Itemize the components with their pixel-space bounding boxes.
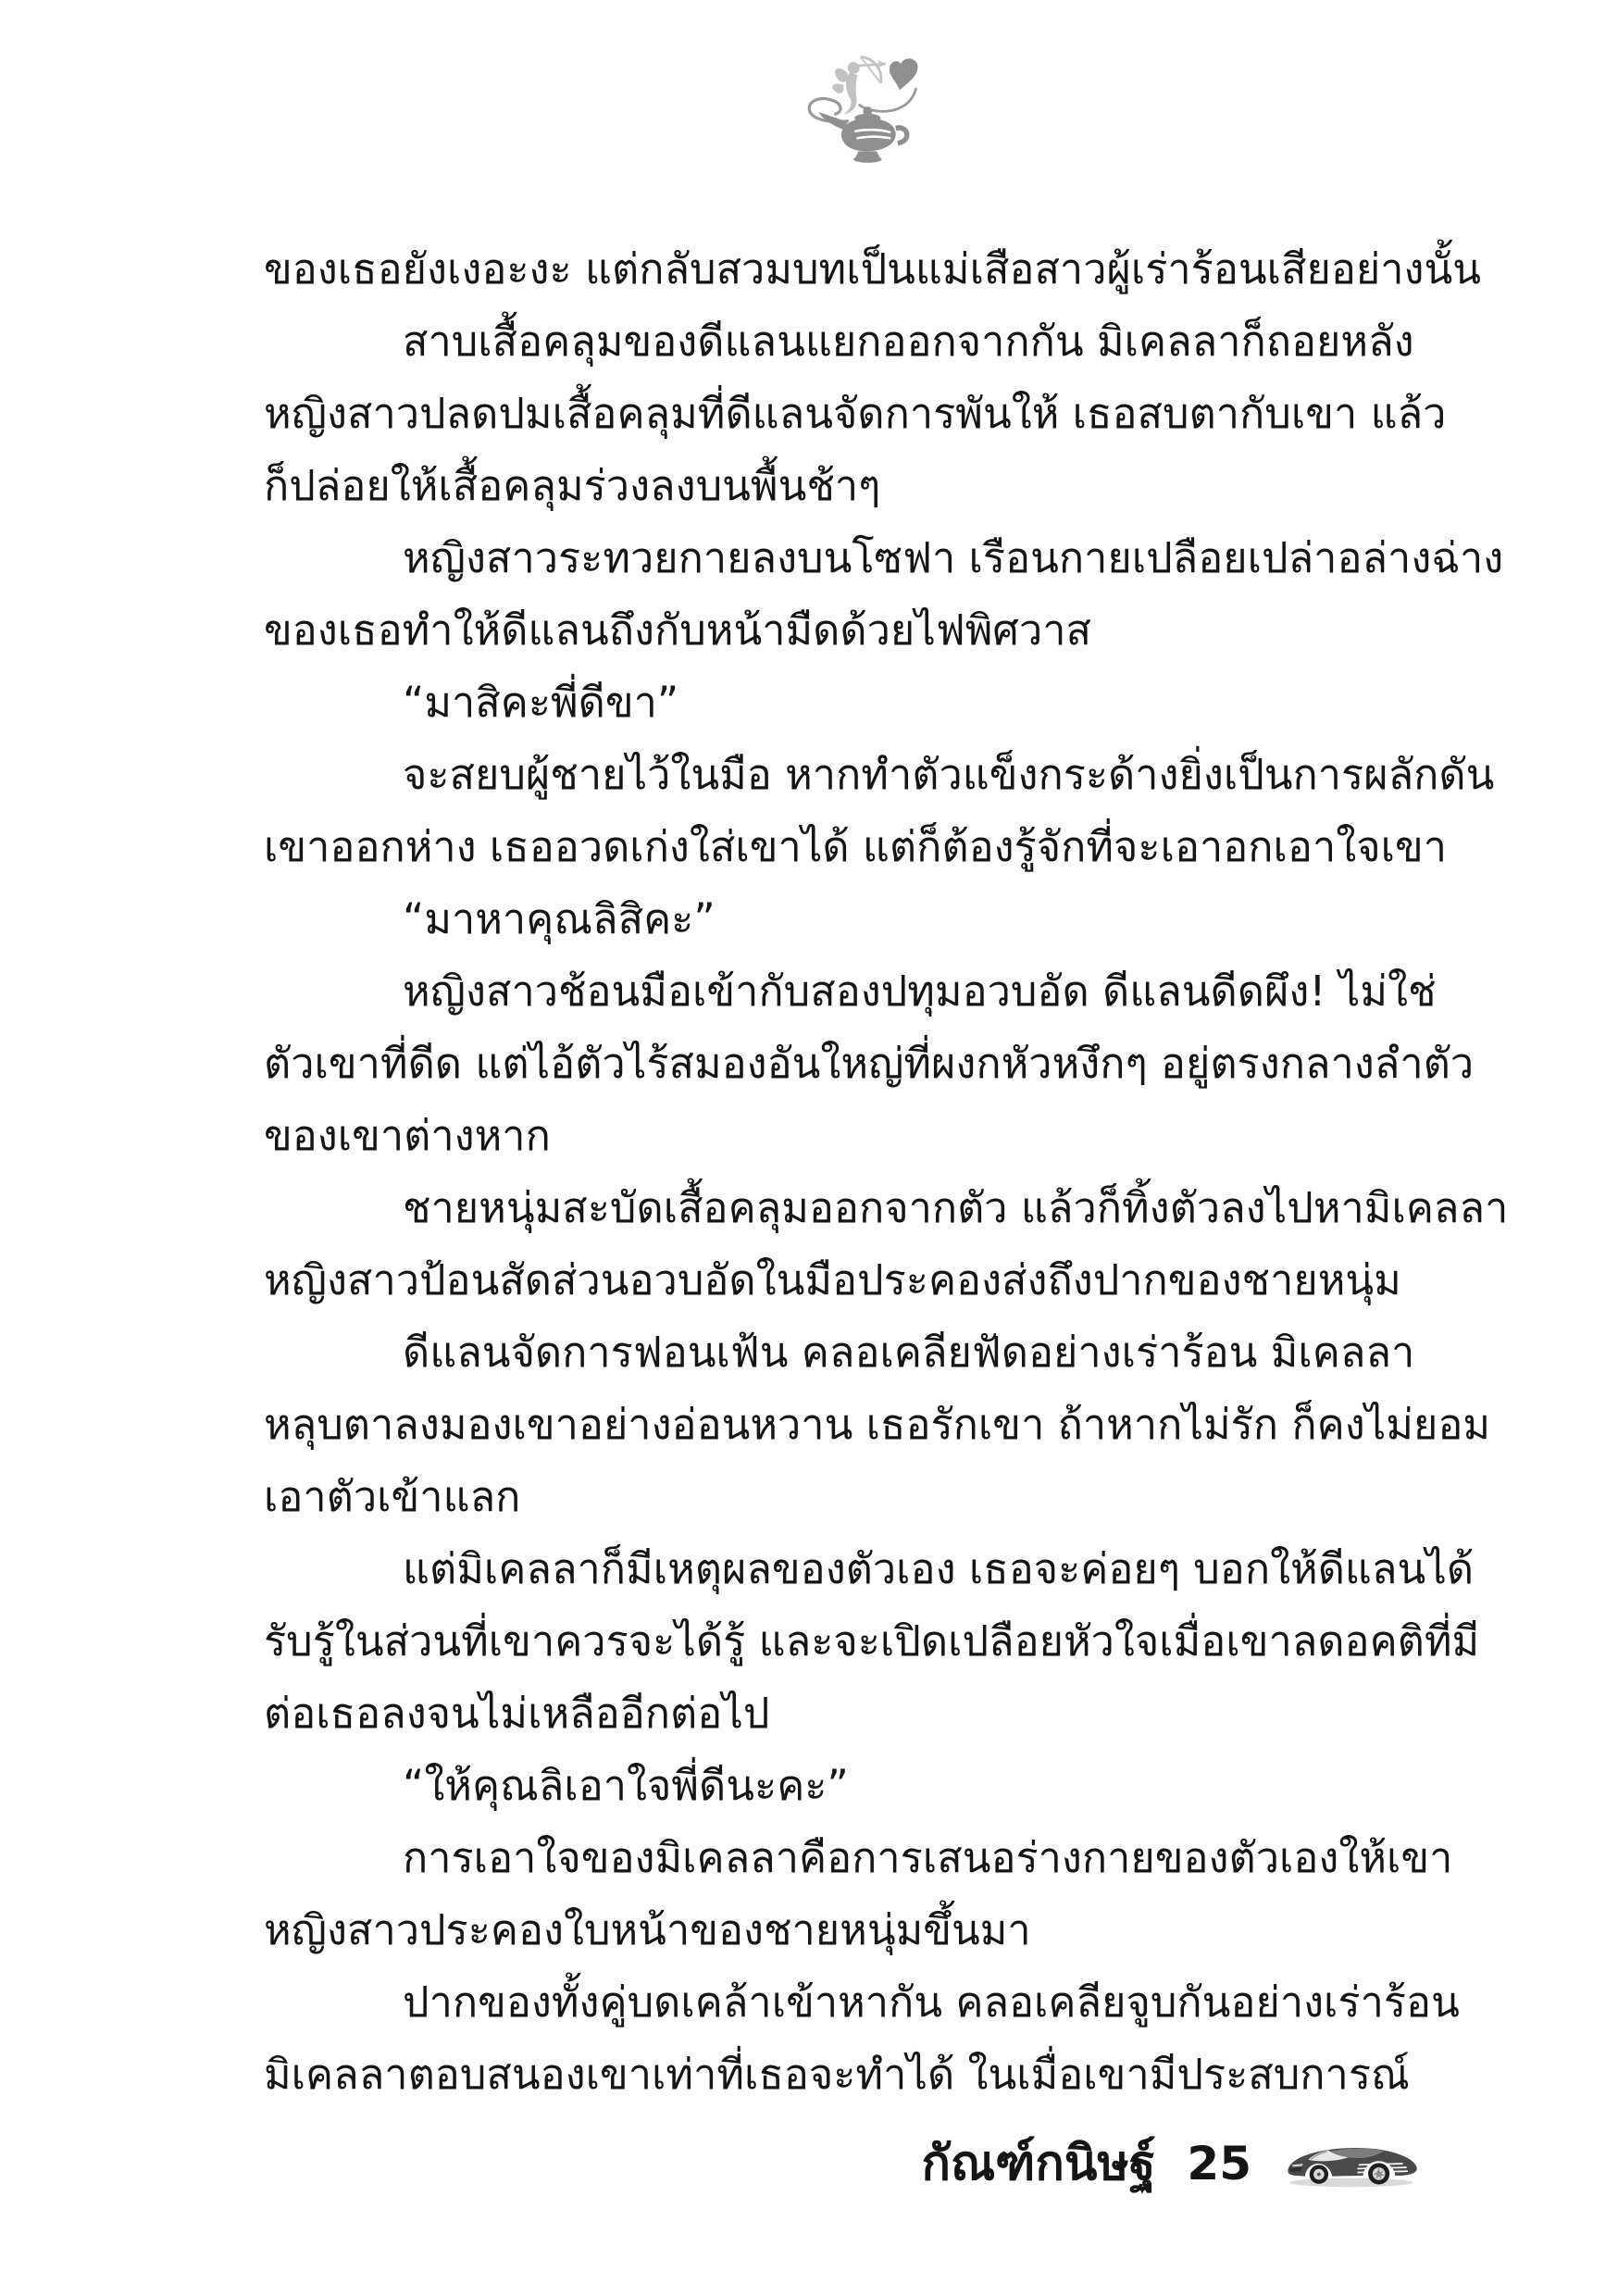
text-line: มิเคลลาตอบสนองเขาเท่าที่เธอจะทำได้ ในเมื… [264,2039,1453,2111]
text-line: หญิงสาวป้อนสัดส่วนอวบอัดในมือประคองส่งถึ… [264,1244,1453,1316]
cupid-figure [832,62,859,114]
text-line: จะสยบผู้ชายไว้ในมือ หากทำตัวแข็งกระด้างย… [264,739,1453,811]
text-line: “ให้คุณลิเอาใจพี่ดีนะคะ” [264,1750,1453,1822]
book-title: กัณฑ์กนิษฐ์ [922,2140,1156,2188]
text-line: ดีแลนจัดการฟอนเฟ้น คลอเคลียฟัดอย่างเร่าร… [264,1316,1453,1389]
sports-car-icon [1283,2125,1422,2202]
text-line: หญิงสาวช้อนมือเข้ากับสองปทุมอวบอัด ดีแลน… [264,955,1453,1028]
page-footer: กัณฑ์กนิษฐ์ 25 [922,2125,1422,2202]
text-line: หญิงสาวประคองใบหน้าของชายหนุ่มขึ้นมา [264,1894,1453,1966]
text-line: การเอาใจของมิเคลลาคือการเสนอร่างกายของตั… [264,1822,1453,1894]
text-line: “มาสิคะพี่ดีขา” [264,667,1453,739]
cupid-genie-lamp-ornament [803,51,924,171]
text-line: หญิงสาวปลดปมเสื้อคลุมที่ดีแลนจัดการพันให… [264,378,1453,450]
text-line: หลุบตาลงมองเขาอย่างอ่อนหวาน เธอรักเขา ถ้… [264,1389,1453,1461]
text-line: ชายหนุ่มสะบัดเสื้อคลุมออกจากตัว แล้วก็ทิ… [264,1172,1453,1244]
text-line: ของเธอยังเงอะงะ แต่กลับสวมบทเป็นแม่เสือส… [264,233,1453,306]
text-line: ก็ปล่อยให้เสื้อคลุมร่วงลงบนพื้นช้าๆ [264,450,1453,522]
text-line: ของเธอทำให้ดีแลนถึงกับหน้ามืดด้วยไฟพิศวา… [264,594,1453,667]
text-line: เขาออกห่าง เธออวดเก่งใส่เขาได้ แต่ก็ต้อง… [264,811,1453,883]
text-line: ของเขาต่างหาก [264,1100,1453,1172]
genie-lamp [818,106,907,163]
text-line: ปากของทั้งคู่บดเคล้าเข้าหากัน คลอเคลียจู… [264,1966,1453,2039]
text-line: ต่อเธอลงจนไม่เหลืออีกต่อไป [264,1678,1453,1750]
text-line: รับรู้ในส่วนที่เขาควรจะได้รู้ และจะเปิดเ… [264,1605,1453,1678]
text-line: หญิงสาวระทวยกายลงบนโซฟา เรือนกายเปลือยเป… [264,522,1453,594]
page-number: 25 [1187,2140,1251,2187]
text-line: สาบเสื้อคลุมของดีแลนแยกออกจากกัน มิเคลลา… [264,306,1453,378]
book-page: ของเธอยังเงอะงะ แต่กลับสวมบทเป็นแม่เสือส… [0,0,1618,2296]
text-line: ตัวเขาที่ดีด แต่ไอ้ตัวไร้สมองอันใหญ่ที่ผ… [264,1028,1453,1100]
text-line: เอาตัวเข้าแลก [264,1461,1453,1533]
body-text: ของเธอยังเงอะงะ แต่กลับสวมบทเป็นแม่เสือส… [264,233,1453,2111]
text-line: แต่มิเคลลาก็มีเหตุผลของตัวเอง เธอจะค่อยๆ… [264,1533,1453,1605]
text-line: “มาหาคุณลิสิคะ” [264,883,1453,955]
